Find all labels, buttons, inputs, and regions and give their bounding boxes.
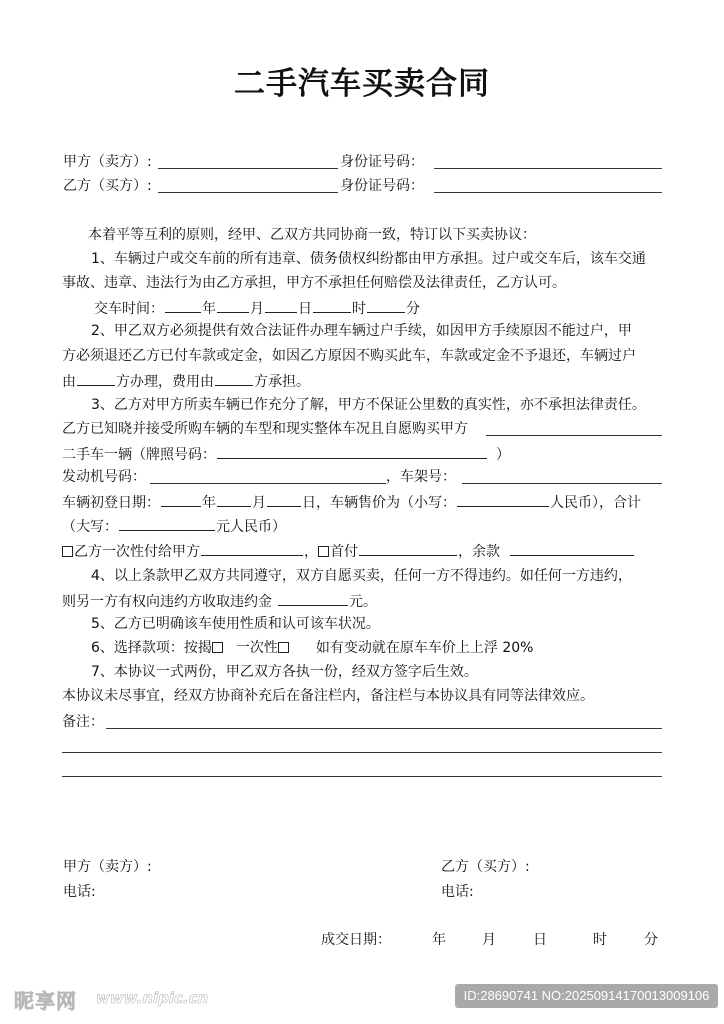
delivery-month-field[interactable] <box>217 297 249 313</box>
phone-party-b: 电话: <box>441 881 474 901</box>
hour-label: 时 <box>352 301 366 317</box>
checkbox-full-payment[interactable] <box>62 546 73 557</box>
clause-6: 6、选择款项：按揭一次性如有变动就在原车车价上上浮 20% <box>91 638 534 658</box>
delivery-time-row: 交车时间：年月日时分 <box>94 297 420 317</box>
clause-2-line-1: 2、甲乙双方必须提供有效合法证件办理车辆过户手续，如因甲方手续原因不能过户，甲 <box>91 321 632 341</box>
checkbox-down-payment[interactable] <box>318 546 329 557</box>
clause-1-line-1: 1、车辆过户或交车前的所有违章、债务债权纠纷都由甲方承担。过户或交车后，该车交通 <box>91 249 646 269</box>
full-payment-field[interactable] <box>201 540 303 556</box>
reg-day-field[interactable] <box>267 491 301 507</box>
party-a-label: 甲方（卖方）: <box>63 154 152 170</box>
deal-minute: 分 <box>644 929 658 949</box>
reg-year-field[interactable] <box>161 491 201 507</box>
party-b-name-field[interactable] <box>158 192 338 193</box>
party-b-id-label: 身份证号码： <box>340 176 424 196</box>
party-b-id-field[interactable] <box>434 192 662 193</box>
payment-row: 乙方一次性付给甲方，首付，余款 <box>62 540 635 560</box>
engine-label: 发动机号码： <box>62 467 146 487</box>
clause-7: 7、本协议一式两份，甲乙双方各执一份，经双方签字后生效。 <box>91 662 478 682</box>
text: 人民币），合计 <box>550 495 641 511</box>
signature-party-a: 甲方（卖方）: <box>63 856 152 876</box>
year-label: 年 <box>202 301 216 317</box>
contract-title: 二手汽车买卖合同 <box>0 58 724 103</box>
phone-party-a: 电话: <box>63 881 96 901</box>
deal-month: 月 <box>482 929 496 949</box>
remarks-line-3[interactable] <box>62 776 662 777</box>
party-a-row: 甲方（卖方）: <box>63 152 152 172</box>
fee-party-field[interactable] <box>215 370 253 386</box>
text: 一次性 <box>236 640 278 656</box>
intro-text: 本着平等互利的原则，经甲、乙双方共同协商一致，特订以下买卖协议： <box>88 225 536 245</box>
vehicle-description-field[interactable] <box>486 435 662 436</box>
deal-hour: 时 <box>593 929 607 949</box>
deal-date-label: 成交日期： <box>321 929 391 949</box>
clause-5: 5、乙方已明确该车使用性质和认可该车状况。 <box>91 614 380 634</box>
engine-number-field[interactable] <box>150 483 386 484</box>
text: 则另一方有权向违约方收取违约金 <box>62 594 272 610</box>
down-payment-field[interactable] <box>359 540 457 556</box>
clause-3-line-2: 乙方已知晓并接受所购车辆的车型和现实整体车况且自愿购买甲方 <box>62 419 468 439</box>
text: ，余款 <box>458 544 500 560</box>
text: 首付 <box>330 544 358 560</box>
deal-day: 日 <box>533 929 547 949</box>
party-a-id-label: 身份证号码： <box>340 152 424 172</box>
registration-row: 车辆初登日期：年月日，车辆售价为（小写：人民币），合计 <box>62 491 641 511</box>
checkbox-mortgage[interactable] <box>212 642 223 653</box>
supplement-text: 本协议未尽事宜，经双方协商补充后在备注栏内，备注栏与本协议具有同等法律效应。 <box>62 686 594 706</box>
deal-year: 年 <box>432 929 446 949</box>
delivery-year-field[interactable] <box>165 297 201 313</box>
checkbox-lump-sum[interactable] <box>278 642 289 653</box>
delivery-day-field[interactable] <box>265 297 297 313</box>
reg-date-label: 车辆初登日期： <box>62 495 160 511</box>
penalty-amount-field[interactable] <box>278 590 348 606</box>
image-id-badge: ID:28690741 NO:20250914170013009106 <box>455 984 718 1008</box>
clause-4-line-2: 则另一方有权向违约方收取违约金元。 <box>62 590 377 610</box>
text: 6、选择款项：按揭 <box>91 640 212 656</box>
capital-price-row: （大写：元人民币） <box>62 515 286 535</box>
balance-field[interactable] <box>510 540 634 556</box>
frame-number-field[interactable] <box>462 483 662 484</box>
delivery-time-label: 交车时间： <box>94 301 164 317</box>
text: 方办理，费用由 <box>116 374 214 390</box>
month-label: 月 <box>250 301 264 317</box>
watermark-url: www.nipic.cn <box>96 989 208 1007</box>
plate-label: 二手车一辆（牌照号码： <box>62 447 216 463</box>
remarks-line-2[interactable] <box>62 752 662 753</box>
price-capital-field[interactable] <box>119 515 215 531</box>
plate-number-field[interactable] <box>217 443 487 459</box>
party-b-label: 乙方（买方）: <box>63 176 152 196</box>
text: 乙方一次性付给甲方 <box>74 544 200 560</box>
text: 日，车辆售价为（小写： <box>302 495 456 511</box>
watermark-logo: 昵享网 <box>14 985 77 1014</box>
transfer-party-field[interactable] <box>77 370 115 386</box>
delivery-minute-field[interactable] <box>367 297 405 313</box>
clause-1-line-2: 事故、违章、违法行为由乙方承担，甲方不承担任何赔偿及法律责任，乙方认可。 <box>62 273 566 293</box>
text: 年 <box>202 495 216 511</box>
party-a-name-field[interactable] <box>158 168 338 169</box>
text: 方承担。 <box>254 374 310 390</box>
frame-label: ，车架号： <box>386 467 456 487</box>
text: ） <box>496 447 510 463</box>
clause-2-line-2: 方必须退还乙方已付车款或定金，如因乙方原因不购买此车，车款或定金不予退还，车辆过… <box>62 346 636 366</box>
delivery-hour-field[interactable] <box>313 297 351 313</box>
signature-party-b: 乙方（买方）: <box>441 856 530 876</box>
party-a-id-field[interactable] <box>434 168 662 169</box>
plate-row: 二手车一辆（牌照号码：） <box>62 443 510 463</box>
remarks-line-1[interactable] <box>106 728 662 729</box>
text: （大写： <box>62 519 118 535</box>
clause-4-line-1: 4、以上条款甲乙双方共同遵守，双方自愿买卖，任何一方不得违约。如任何一方违约， <box>91 566 632 586</box>
day-label: 日 <box>298 301 312 317</box>
clause-3-line-1: 3、乙方对甲方所卖车辆已作充分了解，甲方不保证公里数的真实性，亦不承担法律责任。 <box>91 395 646 415</box>
text: 如有变动就在原车车价上上浮 20% <box>316 640 534 656</box>
price-numeric-field[interactable] <box>457 491 549 507</box>
remarks-label: 备注： <box>62 712 104 732</box>
reg-month-field[interactable] <box>217 491 251 507</box>
minute-label: 分 <box>406 301 420 317</box>
text: 元。 <box>349 594 377 610</box>
text: ， <box>304 544 318 560</box>
text: 由 <box>62 374 76 390</box>
text: 元人民币） <box>216 519 286 535</box>
text: 月 <box>252 495 266 511</box>
clause-2-line-3: 由方办理，费用由方承担。 <box>62 370 310 390</box>
